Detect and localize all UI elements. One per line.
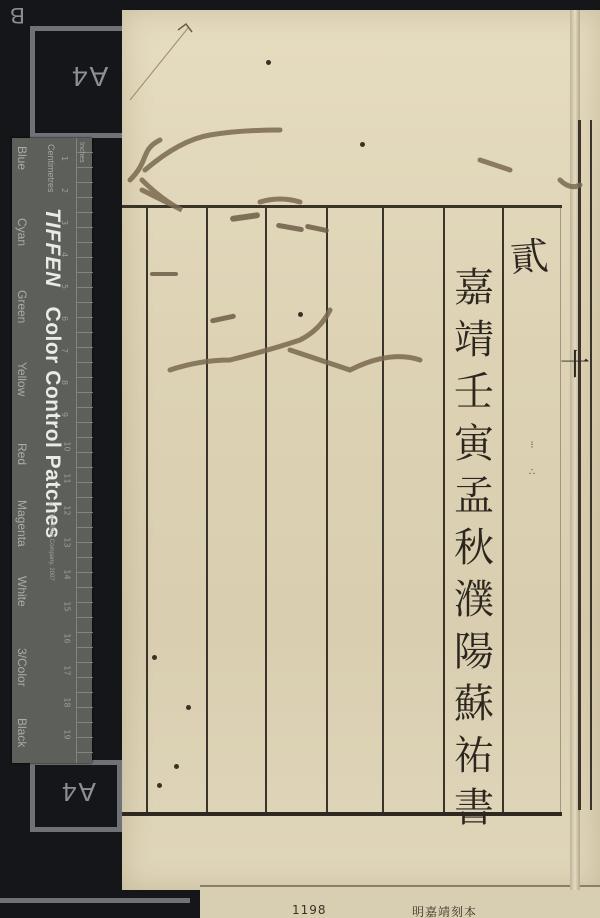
- side-marginal-mark: 十: [560, 340, 590, 384]
- inches-label: Inches: [78, 142, 85, 163]
- patch-label-red: Red: [15, 443, 29, 465]
- patch-label-white: White: [15, 576, 29, 607]
- worm-hole: [186, 705, 191, 710]
- marker-b: B: [8, 2, 25, 28]
- catalog-number-label: 1198: [292, 903, 327, 917]
- worm-hole: [152, 655, 157, 660]
- patch-label-green: Green: [15, 290, 29, 323]
- worm-hole: [174, 764, 179, 769]
- worm-hole: [150, 272, 178, 276]
- patch-label-cyan: Cyan: [15, 218, 29, 246]
- faint-seal-marks: ⁝∴: [526, 440, 538, 478]
- colophon-text: 嘉 靖 壬 寅 孟 秋 濮 陽 蘇 祐 書: [446, 262, 502, 834]
- folio-numeral: 貳: [508, 225, 550, 283]
- corner-crease: [122, 10, 202, 110]
- colophon-char: 書: [454, 782, 494, 834]
- patch-label-black: Black: [15, 718, 29, 747]
- marker-a4-bottom: A4: [60, 776, 96, 807]
- patch-label-blue: Blue: [15, 146, 29, 170]
- colophon-char: 壬: [454, 366, 494, 418]
- worm-hole: [298, 312, 303, 317]
- worm-hole: [266, 60, 271, 65]
- patch-label-yellow: Yellow: [15, 362, 29, 396]
- marker-a4-top: A4: [70, 60, 108, 92]
- colophon-char: 秋: [454, 522, 494, 574]
- underlying-page: [200, 885, 600, 918]
- patch-labels: Blue Cyan Green Yellow Red Magenta White…: [12, 138, 34, 763]
- inch-ruler: [76, 138, 93, 763]
- units-label: Centimetres: [46, 144, 56, 193]
- worm-hole: [157, 783, 162, 788]
- patch-label-3color: 3/Color: [15, 648, 29, 687]
- copyright-text: © The Tiffen Company, 2007: [48, 503, 54, 581]
- edition-label: 明嘉靖刻本: [412, 903, 477, 918]
- color-control-strip: Blue Cyan Green Yellow Red Magenta White…: [12, 138, 92, 763]
- worm-hole: [360, 142, 365, 147]
- colophon-char: 蘇: [454, 678, 494, 730]
- colophon-char: 寅: [454, 418, 494, 470]
- centimetre-scale: 1 2 3 4 5 6 7 8 9 10 11 12 13 14 15 16 1…: [60, 138, 76, 763]
- colophon-char: 陽: [454, 626, 494, 678]
- patch-label-magenta: Magenta: [15, 500, 29, 547]
- colophon-char: 靖: [454, 314, 494, 366]
- colophon-char: 孟: [454, 470, 494, 522]
- colophon-char: 嘉: [454, 262, 494, 314]
- calibration-rule: [0, 898, 190, 903]
- colophon-char: 濮: [454, 574, 494, 626]
- colophon-char: 祐: [454, 730, 494, 782]
